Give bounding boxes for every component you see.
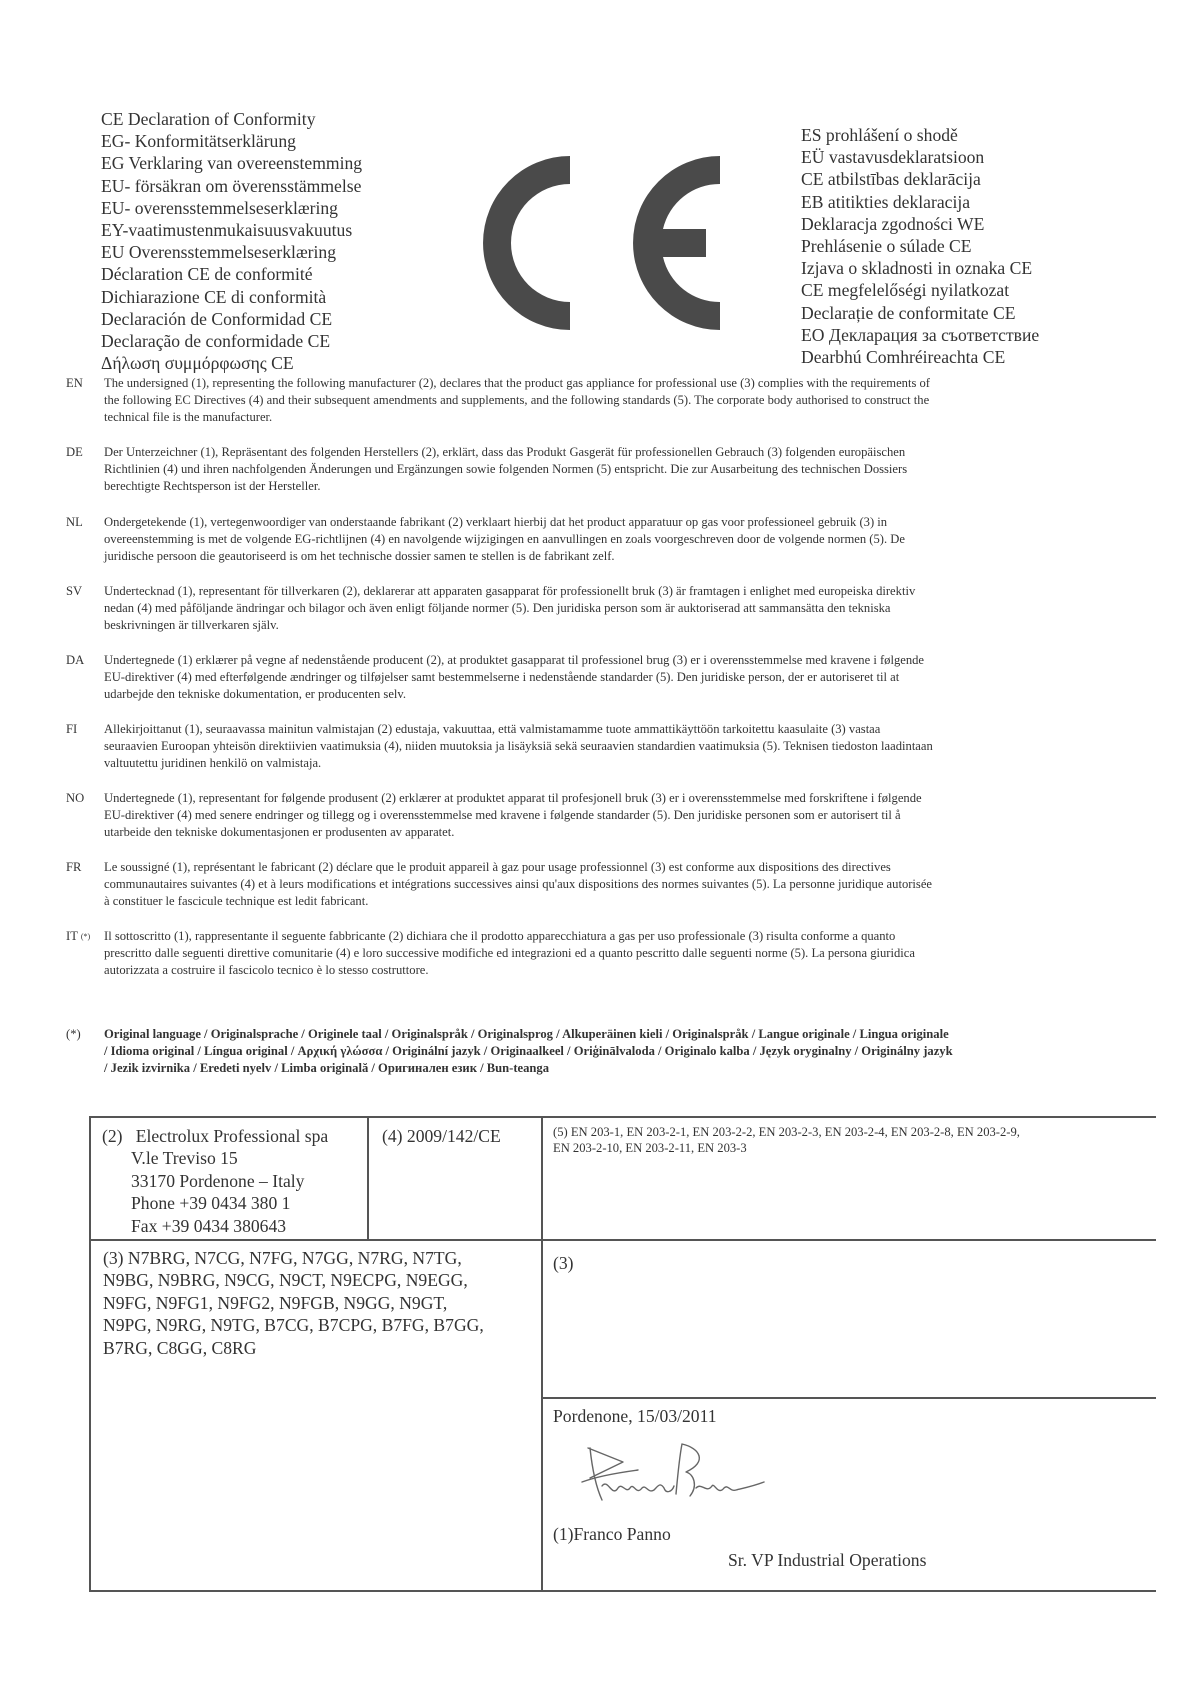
declaration-title: EG Verklaring van overeenstemming [101,152,362,174]
paragraph-line: Il sottoscritto (1), rappresentante il s… [104,928,915,945]
paragraph-line: technical file is the manufacturer. [104,409,930,426]
paragraph-line: Allekirjoittanut (1), seuraavassa mainit… [104,721,933,738]
declaration-title: Declaração de conformidade CE [101,330,362,352]
product-models-line: (3) N7BRG, N7CG, N7FG, N7GG, N7RG, N7TG, [103,1247,484,1269]
paragraph-text: Ondergetekende (1), vertegenwoordiger va… [104,514,905,565]
paragraph-text: Undertecknad (1), representant för tillv… [104,583,915,634]
declaration-title: Prehlásenie o súlade CE [801,235,1039,257]
paragraph-line: prescritto dalle seguenti direttive comu… [104,945,915,962]
original-language-marker: (*) [66,1026,81,1043]
standards-line: (5) EN 203-1, EN 203-2-1, EN 203-2-2, EN… [553,1124,1020,1140]
declaration-title: CE atbilstības deklarācija [801,168,1039,190]
paragraph-line: EU-direktiver (4) med senere endringer o… [104,807,922,824]
declaration-title: CE Declaration of Conformity [101,108,362,130]
declaration-titles-left: CE Declaration of ConformityEG- Konformi… [101,108,362,374]
paragraph-line: juridische persoon die geautoriseerd is … [104,548,905,565]
standards-cell: (5) EN 203-1, EN 203-2-1, EN 203-2-2, EN… [553,1124,1020,1156]
paragraph-line: berechtigte Rechtsperson ist der Herstel… [104,478,907,495]
paragraph-line: the following EC Directives (4) and thei… [104,392,930,409]
table-border-left [89,1116,91,1592]
declaration-title: Dearbhú Comhréireachta CE [801,346,1039,368]
paragraph-text: The undersigned (1), representing the fo… [104,375,930,426]
paragraph-text: Undertegnede (1) erklærer på vegne af ne… [104,652,924,703]
original-language-marker: (*) [81,932,90,941]
table-row-divider [90,1239,1156,1241]
declaration-title: ЕО Декларация за съответствие [801,324,1039,346]
paragraph-text: Le soussigné (1), représentant le fabric… [104,859,932,910]
table-border-top [90,1116,1156,1118]
declaration-title: EU- försäkran om överensstämmelse [101,175,362,197]
declaration-title: CE megfelelőségi nyilatkozat [801,279,1039,301]
language-code: NO [66,790,84,807]
paragraph-line: Ondergetekende (1), vertegenwoordiger va… [104,514,905,531]
place-date: Pordenone, 15/03/2011 [553,1406,717,1427]
paragraph-line: Undertegnede (1), representant for følge… [104,790,922,807]
paragraph-line: The undersigned (1), representing the fo… [104,375,930,392]
signer-name: (1)Franco Panno [553,1524,671,1545]
manufacturer-name: Electrolux Professional spa [136,1126,329,1146]
language-code: IT(*) [66,928,90,945]
declaration-title: Dichiarazione CE di conformità [101,286,362,308]
directive-cell: (4) 2009/142/CE [382,1125,501,1147]
language-code: FI [66,721,77,738]
manufacturer-cell: (2) Electrolux Professional spa V.le Tre… [102,1125,328,1237]
paragraph-line: Undertegnede (1) erklærer på vegne af ne… [104,652,924,669]
address-line: V.le Treviso 15 [131,1147,328,1169]
manufacturer-ref: (2) [102,1126,123,1146]
ce-mark-icon [466,150,728,336]
table-row-divider-right [542,1397,1156,1399]
address-line: 33170 Pordenone – Italy [131,1170,328,1192]
paragraph-text: Allekirjoittanut (1), seuraavassa mainit… [104,721,933,772]
original-language-line: Original language / Originalsprache / Or… [104,1026,953,1043]
paragraph-line: autorizzata a costruire il fascicolo tec… [104,962,915,979]
declaration-titles-right: ES prohlášení o shoděEÜ vastavusdeklarat… [801,124,1039,368]
paragraph-line: à constituer le fascicule technique est … [104,893,932,910]
paragraph-text: Der Unterzeichner (1), Repräsentant des … [104,444,907,495]
language-code: NL [66,514,83,531]
paragraph-line: seuraavien Euroopan yhteisön direktiivie… [104,738,933,755]
paragraph-line: Le soussigné (1), représentant le fabric… [104,859,932,876]
paragraph-text: Undertegnede (1), representant for følge… [104,790,922,841]
products-ref-cell: (3) [553,1253,574,1274]
table-col-divider-main [541,1116,543,1592]
standards-line: EN 203-2-10, EN 203-2-11, EN 203-3 [553,1140,1020,1156]
original-language-line: / Idioma original / Língua original / Αρ… [104,1043,953,1060]
signature-icon [568,1442,808,1512]
language-code: FR [66,859,81,876]
declaration-title: Declarație de conformitate CE [801,302,1039,324]
products-cell: (3) N7BRG, N7CG, N7FG, N7GG, N7RG, N7TG,… [103,1247,484,1359]
declaration-title: Izjava o skladnosti in oznaka CE [801,257,1039,279]
declaration-title: EU Overensstemmelseserklæring [101,241,362,263]
paragraph-line: EU-direktiver (4) med efterfølgende ændr… [104,669,924,686]
product-models-line: N9FG, N9FG1, N9FG2, N9FGB, N9GG, N9GT, [103,1292,484,1314]
language-code: DA [66,652,84,669]
declaration-title: Deklaracja zgodności WE [801,213,1039,235]
declaration-title: ES prohlášení o shodě [801,124,1039,146]
declaration-title: EÜ vastavusdeklaratsioon [801,146,1039,168]
declaration-title: Declaración de Conformidad CE [101,308,362,330]
paragraph-text: Il sottoscritto (1), rappresentante il s… [104,928,915,979]
product-models-line: N9BG, N9BRG, N9CG, N9CT, N9ECPG, N9EGG, [103,1269,484,1291]
paragraph-line: Undertecknad (1), representant för tillv… [104,583,915,600]
paragraph-line: communautaires suivantes (4) et à leurs … [104,876,932,893]
language-code: SV [66,583,82,600]
paragraph-line: overeenstemming is met de volgende EG-ri… [104,531,905,548]
paragraph-line: beskrivningen är tillverkaren själv. [104,617,915,634]
product-models-line: N9PG, N9RG, N9TG, B7CG, B7CPG, B7FG, B7G… [103,1314,484,1336]
language-code: EN [66,375,83,392]
address-line: Phone +39 0434 380 1 [131,1192,328,1214]
declaration-title: EU- overensstemmelseserklæring [101,197,362,219]
language-code: DE [66,444,83,461]
paragraph-line: utarbeide den tekniske dokumentasjonen e… [104,824,922,841]
declaration-title: EG- Konformitätserklärung [101,130,362,152]
manufacturer-address: V.le Treviso 1533170 Pordenone – ItalyPh… [102,1147,328,1237]
address-line: Fax +39 0434 380643 [131,1215,328,1237]
paragraph-line: Richtlinien (4) und ihren nachfolgenden … [104,461,907,478]
table-col-divider [367,1116,369,1241]
declaration-title: Δήλωση συμμόρφωσης CE [101,352,362,374]
paragraph-line: valtuutettu juridinen henkilö on valmist… [104,755,933,772]
original-language-line: / Jezik izvirnika / Eredeti nyelv / Limb… [104,1060,953,1077]
declaration-title: Déclaration CE de conformité [101,263,362,285]
declaration-title: EY-vaatimustenmukaisuusvakuutus [101,219,362,241]
original-language-list: Original language / Originalsprache / Or… [104,1026,953,1077]
paragraph-line: Der Unterzeichner (1), Repräsentant des … [104,444,907,461]
declaration-title: EB atitikties deklaracija [801,191,1039,213]
product-models-line: B7RG, C8GG, C8RG [103,1337,484,1359]
directive-value: (4) 2009/142/CE [382,1125,501,1147]
paragraph-line: nedan (4) med påföljande ändringar och b… [104,600,915,617]
paragraph-line: udarbejde den tekniske dokumentation, er… [104,686,924,703]
table-border-bottom [90,1590,1156,1592]
signer-title: Sr. VP Industrial Operations [728,1550,926,1571]
